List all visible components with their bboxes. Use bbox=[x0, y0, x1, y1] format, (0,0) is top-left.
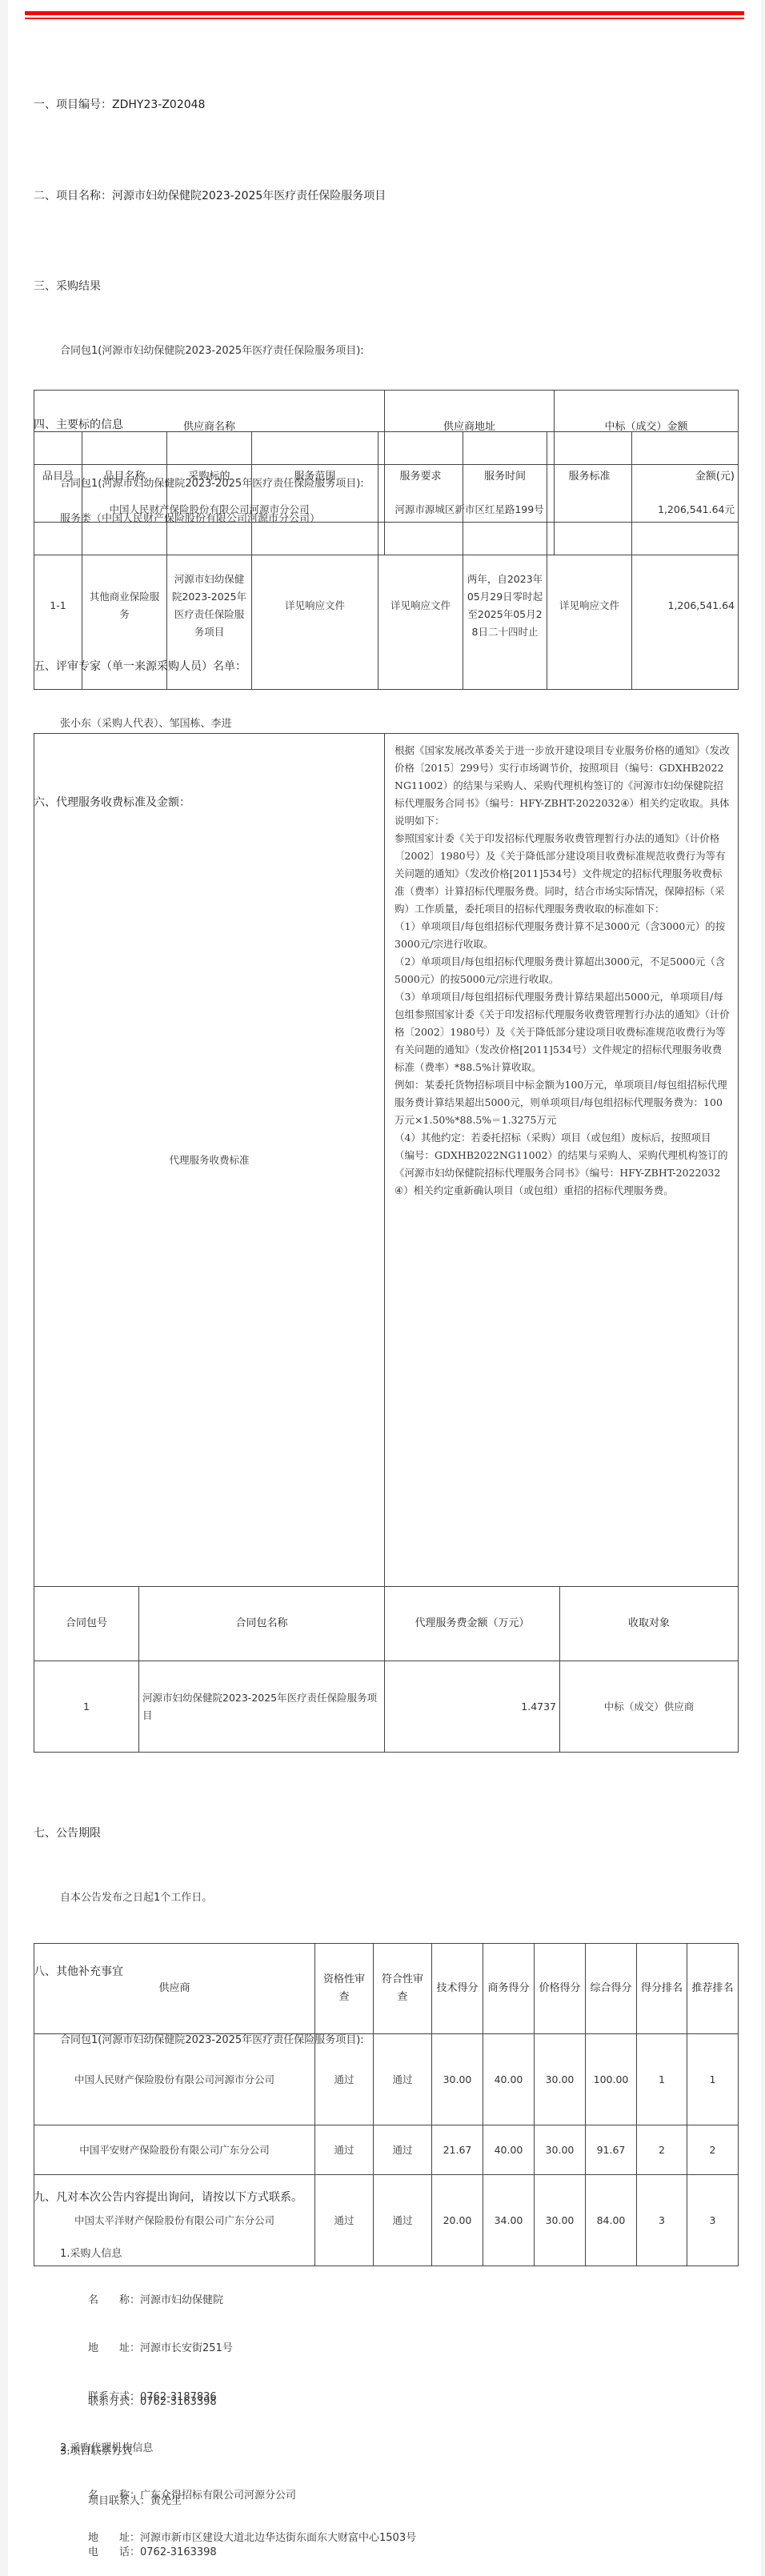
total-score: 91.67 bbox=[586, 2125, 637, 2175]
subject-info-table: 品目号 品目名称 采购标的 服务范围 服务要求 服务时间 服务标准 金额(元) … bbox=[34, 431, 739, 690]
fee-paragraph: （4）其他约定：若委托招标（采购）项目（或包组）废标后，按照项目（编号：GDXH… bbox=[395, 1129, 730, 1200]
table-header-row: 供应商 资格性审查 符合性审查 技术得分 商务得分 价格得分 综合得分 得分排名… bbox=[34, 1944, 739, 2034]
evaluation-table: 供应商 资格性审查 符合性审查 技术得分 商务得分 价格得分 综合得分 得分排名… bbox=[34, 1943, 739, 2266]
section-4-title: 四、主要标的信息 bbox=[34, 416, 123, 432]
col-header: 金额(元) bbox=[632, 432, 739, 523]
project-number: 一、项目编号：ZDHY23-Z02048 bbox=[34, 96, 205, 112]
table-row: 1 河源市妇幼保健院2023-2025年医疗责任保险服务项目 1.4737 中标… bbox=[34, 1661, 739, 1753]
score-rank: 3 bbox=[637, 2175, 687, 2266]
service-period: 两年，自2023年05月29日零时起至2025年05月28日二十四时止 bbox=[463, 523, 547, 690]
purchaser-phone-label: 联系方式： bbox=[88, 2391, 140, 2403]
table-header-row: 合同包号 合同包名称 代理服务费金额（万元） 收取对象 bbox=[34, 1587, 739, 1661]
fee-paragraph: （1）单项项目/每包组招标代理服务费计算不足3000元（含3000元）的按300… bbox=[395, 918, 730, 953]
amount: 1,206,541.64 bbox=[632, 523, 739, 690]
service-requirement: 详见响应文件 bbox=[378, 523, 463, 690]
score-rank: 1 bbox=[637, 2034, 687, 2125]
total-score: 84.00 bbox=[586, 2175, 637, 2266]
agency-heading: 2.采购代理机构信息 bbox=[60, 2439, 153, 2454]
header-rule-thin bbox=[25, 18, 744, 19]
project-name: 二、项目名称：河源市妇幼保健院2023-2025年医疗责任保险服务项目 bbox=[34, 187, 386, 203]
technical-score: 20.00 bbox=[432, 2175, 483, 2266]
col-header: 综合得分 bbox=[586, 1944, 637, 2034]
total-score: 100.00 bbox=[586, 2034, 637, 2125]
service-standard: 详见响应文件 bbox=[547, 523, 632, 690]
col-header: 价格得分 bbox=[535, 1944, 586, 2034]
recommended-rank: 3 bbox=[687, 2175, 739, 2266]
col-header: 采购标的 bbox=[167, 432, 252, 523]
fee-paragraph: 例如：某委托货物招标项目中标金额为100万元，单项项目/每包组招标代理服务费计算… bbox=[395, 1076, 730, 1129]
fee-paragraph: （3）单项项目/每包组招标代理服务费计算结果超出5000元，单项项目/每包组参照… bbox=[395, 988, 730, 1076]
col-header: 技术得分 bbox=[432, 1944, 483, 2034]
score-rank: 2 bbox=[637, 2125, 687, 2175]
agency-address-row: 地 址：河源市新市区建设大道北边华达街东面东大财富中心1503号 bbox=[88, 2529, 416, 2544]
package-number: 1 bbox=[34, 1661, 139, 1753]
agency-fee-table: 代理服务收费标准 根据《国家发展改革委关于进一步放开建设项目专业服务价格的通知》… bbox=[34, 733, 739, 1753]
qualification-review: 通过 bbox=[315, 2125, 374, 2175]
section-3-title: 三、采购结果 bbox=[34, 278, 101, 294]
project-name-value: 河源市妇幼保健院2023-2025年医疗责任保险服务项目 bbox=[112, 190, 386, 202]
col-header: 服务要求 bbox=[378, 432, 463, 523]
purchaser-phone-row: 联系方式：0762-3187836 bbox=[88, 2388, 217, 2403]
compliance-review: 通过 bbox=[374, 2125, 432, 2175]
fee-payer: 中标（成交）供应商 bbox=[560, 1661, 739, 1753]
service-scope: 详见响应文件 bbox=[252, 523, 378, 690]
technical-score: 30.00 bbox=[432, 2034, 483, 2125]
project-number-label: 一、项目编号： bbox=[34, 98, 112, 111]
col-header: 品目号 bbox=[34, 432, 82, 523]
fee-paragraph: （2）单项项目/每包组招标代理服务费计算超出3000元，不足5000元（含500… bbox=[395, 953, 730, 988]
table-row: 中国平安财产保险股份有限公司广东分公司 通过 通过 21.67 40.00 30… bbox=[34, 2125, 739, 2175]
purchaser-name-label: 名 称： bbox=[88, 2294, 140, 2306]
recommended-rank: 1 bbox=[687, 2034, 739, 2125]
col-header: 品目名称 bbox=[82, 432, 167, 523]
agency-name: 广东众得招标有限公司河源分公司 bbox=[140, 2490, 296, 2502]
col-header: 资格性审查 bbox=[315, 1944, 374, 2034]
col-header: 服务时间 bbox=[463, 432, 547, 523]
col-header: 服务范围 bbox=[252, 432, 378, 523]
project-name-label: 二、项目名称： bbox=[34, 190, 112, 202]
package-name: 河源市妇幼保健院2023-2025年医疗责任保险服务项目 bbox=[139, 1661, 385, 1753]
technical-score: 21.67 bbox=[432, 2125, 483, 2175]
section-5-title: 五、评审专家（单一来源采购人员）名单： bbox=[34, 658, 246, 674]
fee-standard-row: 代理服务收费标准 根据《国家发展改革委关于进一步放开建设项目专业服务价格的通知》… bbox=[34, 734, 739, 1587]
agency-name-label: 名 称： bbox=[88, 2490, 140, 2502]
supplier-name: 中国平安财产保险股份有限公司广东分公司 bbox=[34, 2125, 315, 2175]
col-header: 合同包号 bbox=[34, 1587, 139, 1661]
project-number-value: ZDHY23-Z02048 bbox=[112, 98, 205, 111]
agency-name-row: 名 称：广东众得招标有限公司河源分公司 bbox=[88, 2486, 296, 2502]
business-score: 34.00 bbox=[483, 2175, 535, 2266]
col-header: 推荐排名 bbox=[687, 1944, 739, 2034]
col-header: 商务得分 bbox=[483, 1944, 535, 2034]
compliance-review: 通过 bbox=[374, 2034, 432, 2125]
table-row: 中国人民财产保险股份有限公司河源市分公司 通过 通过 30.00 40.00 3… bbox=[34, 2034, 739, 2125]
announcement-page: 一、项目编号：ZDHY23-Z02048 二、项目名称：河源市妇幼保健院2023… bbox=[8, 0, 761, 2576]
col-header: 代理服务费金额（万元） bbox=[385, 1587, 560, 1661]
price-score: 30.00 bbox=[535, 2175, 586, 2266]
agency-address: 河源市新市区建设大道北边华达街东面东大财富中心1503号 bbox=[140, 2532, 416, 2544]
header-rule-thick bbox=[25, 11, 744, 15]
compliance-review: 通过 bbox=[374, 2175, 432, 2266]
announcement-period: 自本公告发布之日起1个工作日。 bbox=[60, 1889, 212, 1904]
qualification-review: 通过 bbox=[315, 2175, 374, 2266]
purchaser-name: 河源市妇幼保健院 bbox=[140, 2294, 223, 2306]
s3-package-line: 合同包1(河源市妇幼保健院2023-2025年医疗责任保险服务项目): bbox=[60, 342, 364, 357]
purchaser-phone: 0762-3187836 bbox=[140, 2391, 217, 2403]
price-score: 30.00 bbox=[535, 2125, 586, 2175]
table-header-row: 品目号 品目名称 采购标的 服务范围 服务要求 服务时间 服务标准 金额(元) bbox=[34, 432, 739, 523]
business-score: 40.00 bbox=[483, 2125, 535, 2175]
purchaser-address-label: 地 址： bbox=[88, 2342, 140, 2354]
agency-fee-amount: 1.4737 bbox=[385, 1661, 560, 1753]
purchaser-heading: 1.采购人信息 bbox=[60, 2245, 122, 2260]
qualification-review: 通过 bbox=[315, 2034, 374, 2125]
supplier-name: 中国人民财产保险股份有限公司河源市分公司 bbox=[34, 2034, 315, 2125]
agency-address-label: 地 址： bbox=[88, 2532, 140, 2544]
col-header: 得分排名 bbox=[637, 1944, 687, 2034]
col-header: 供应商 bbox=[34, 1944, 315, 2034]
business-score: 40.00 bbox=[483, 2034, 535, 2125]
section-7-title: 七、公告期限 bbox=[34, 1825, 101, 1841]
purchaser-address: 河源市长安街251号 bbox=[140, 2342, 233, 2354]
expert-list: 张小东（采购人代表）、邹国栋、李进 bbox=[60, 715, 232, 730]
fee-standard-label: 代理服务收费标准 bbox=[34, 734, 385, 1587]
col-header: 服务标准 bbox=[547, 432, 632, 523]
section-9-title: 九、凡对本次公告内容提出询问，请按以下方式联系。 bbox=[34, 2189, 302, 2205]
fee-standard-text: 根据《国家发展改革委关于进一步放开建设项目专业服务价格的通知》（发改价格〔201… bbox=[385, 734, 739, 1587]
col-header: 符合性审查 bbox=[374, 1944, 432, 2034]
recommended-rank: 2 bbox=[687, 2125, 739, 2175]
purchaser-name-row: 名 称：河源市妇幼保健院 bbox=[88, 2291, 223, 2306]
purchaser-address-row: 地 址：河源市长安街251号 bbox=[88, 2339, 233, 2354]
fee-paragraph: 参照国家计委《关于印发招标代理服务收费管理暂行办法的通知》（计价格〔2002〕1… bbox=[395, 830, 730, 918]
price-score: 30.00 bbox=[535, 2034, 586, 2125]
col-header: 合同包名称 bbox=[139, 1587, 385, 1661]
col-header: 收取对象 bbox=[560, 1587, 739, 1661]
fee-paragraph: 根据《国家发展改革委关于进一步放开建设项目专业服务价格的通知》（发改价格〔201… bbox=[395, 742, 730, 830]
